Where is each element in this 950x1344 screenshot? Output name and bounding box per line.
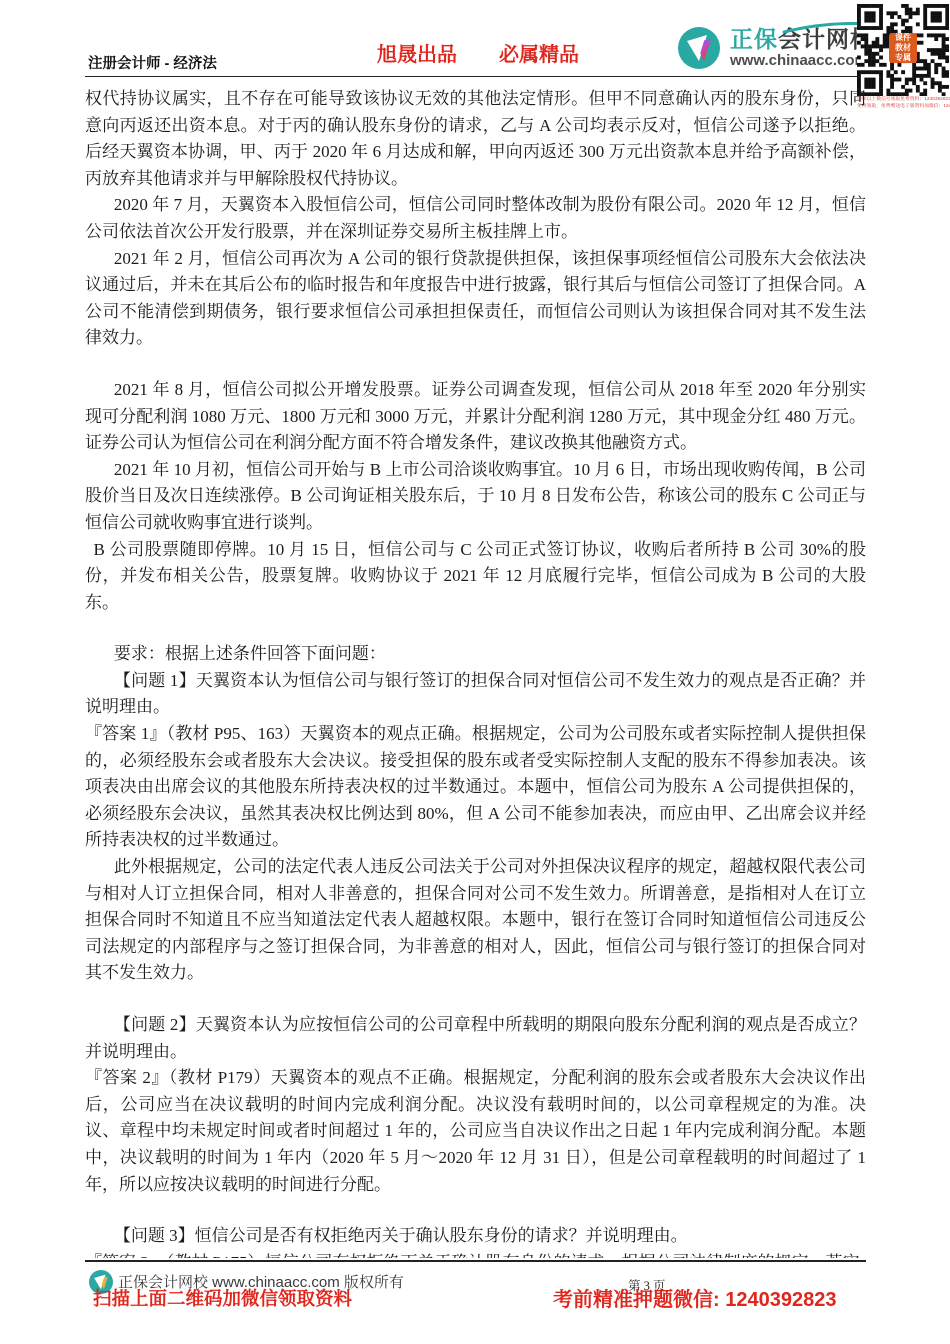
- header-banner: 旭晟出品 必属精品: [377, 38, 579, 67]
- brand-website: www.chinaacc.com: [730, 52, 874, 70]
- case-paragraph-3: 2021 年 2 月，恒信公司再次为 A 公司的银行贷款提供担保，该担保事项经恒…: [85, 246, 866, 352]
- case-paragraph-4: 2021 年 8 月，恒信公司拟公开增发股票。证券公司调查发现，恒信公司从 20…: [85, 377, 866, 457]
- answer-2: 『答案 2』（教材 P179）天翼资本的观点不正确。根据规定，分配利润的股东会或…: [85, 1065, 866, 1198]
- question-1: 【问题 1】天翼资本认为恒信公司与银行签订的担保合同对恒信公司不发生效力的观点是…: [85, 668, 866, 721]
- banner-text-left: 旭晟出品: [377, 38, 457, 67]
- case-paragraph-6: B 公司股票随即停牌。10 月 15 日，恒信公司与 C 公司正式签订协议，收购…: [85, 537, 866, 617]
- brand-name-primary: 正保: [730, 26, 778, 52]
- qr-caption-line1: 请加以上微信号领取免费资料：1240392823: [857, 96, 949, 103]
- question-2: 【问题 2】天翼资本认为应按恒信公司的公司章程中所载明的期限向股东分配利润的观点…: [85, 1012, 866, 1065]
- course-label: 注册会计师 - 经济法: [88, 52, 217, 73]
- answer-1: 『答案 1』（教材 P95、163）天翼资本的观点正确。根据规定，公司为公司股东…: [85, 721, 866, 854]
- paragraph-gap: [85, 1198, 866, 1223]
- qr-center-badge: 课件 教材 专属: [889, 33, 917, 63]
- document-page: 旭晟出品 必属精品 注册会计师 - 经济法: [0, 0, 950, 1344]
- document-body: 权代持协议属实，且不存在可能导致该协议无效的其他法定情形。但甲不同意确认丙的股东…: [85, 86, 866, 1258]
- header-divider: [85, 76, 866, 77]
- answer-1-continued: 此外根据规定，公司的法定代表人违反公司法关于公司对外担保决议程序的规定，超越权限…: [85, 854, 866, 987]
- qr-caption-line2: 免费领取，免费赠送电子版资料加微信：1240392823: [857, 103, 949, 110]
- paragraph-gap: [85, 987, 866, 1012]
- answer-3: 『答案 3』（教材 P175）恒信公司有权拒绝丙关于确认股东身份的请求。根据公司…: [85, 1250, 866, 1258]
- qr-code: 课件 教材 专属 请加以上微信号领取免费资料：1240392823 免费领取，免…: [857, 4, 949, 110]
- brand-logo-icon: [678, 27, 720, 74]
- case-paragraph-1: 权代持协议属实，且不存在可能导致该协议无效的其他法定情形。但甲不同意确认丙的股东…: [85, 86, 866, 192]
- page-footer: 正保会计网校 www.chinaacc.com 版权所有 扫描上面二维码加微信领…: [85, 1260, 866, 1332]
- question-3: 【问题 3】恒信公司是否有权拒绝丙关于确认股东身份的请求？并说明理由。: [85, 1223, 866, 1250]
- requirements-line: 要求：根据上述条件回答下面问题：: [85, 641, 866, 668]
- footer-wechat-tip: 考前精准押题微信: 1240392823: [553, 1283, 836, 1312]
- footer-scan-tip: 扫描上面二维码加微信领取资料: [93, 1285, 352, 1311]
- brand-logo: 正保会计网校 www.chinaacc.com: [678, 27, 874, 74]
- paragraph-gap: [85, 616, 866, 641]
- case-paragraph-5: 2021 年 10 月初，恒信公司开始与 B 上市公司洽谈收购事宜。10 月 6…: [85, 457, 866, 537]
- case-paragraph-2: 2020 年 7 月，天翼资本入股恒信公司，恒信公司同时整体改制为股份有限公司。…: [85, 192, 866, 245]
- banner-text-right: 必属精品: [499, 38, 579, 67]
- paragraph-gap: [85, 352, 866, 377]
